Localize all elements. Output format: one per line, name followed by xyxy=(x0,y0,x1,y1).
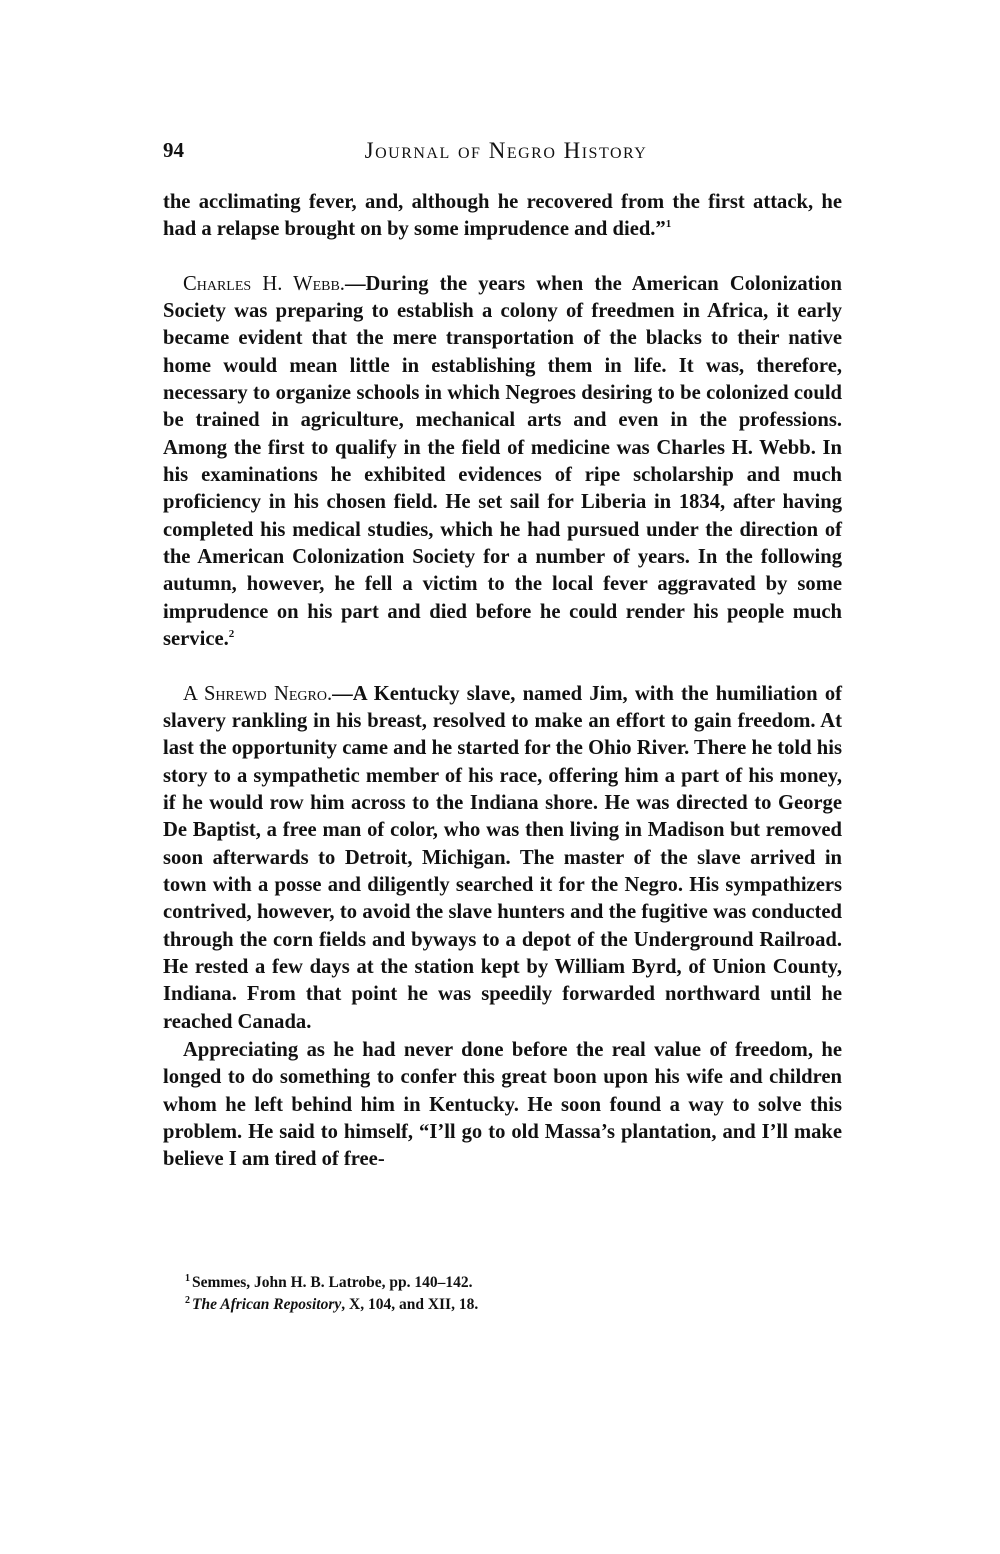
footnote-title: The African Repository xyxy=(192,1296,341,1313)
paragraph-text: —A Kentucky slave, named Jim, with the h… xyxy=(163,683,842,1033)
footnote-2: 2The African Repository, X, 104, and XII… xyxy=(185,1294,825,1316)
section-heading: Charles H. Webb. xyxy=(183,273,345,295)
paragraph: Appreciating as he had never done before… xyxy=(163,1037,842,1174)
footnote-text: Semmes, John H. B. Latrobe, pp. 140–142. xyxy=(192,1274,472,1291)
section-heading: A Shrewd Negro. xyxy=(183,683,332,705)
footnote-text: , X, 104, and XII, 18. xyxy=(341,1296,478,1313)
running-head: 94 Journal of Negro History xyxy=(163,138,843,168)
journal-title: Journal of Negro History xyxy=(163,138,843,164)
footnote-1: 1Semmes, John H. B. Latrobe, pp. 140–142… xyxy=(185,1272,825,1294)
section-charles-webb: Charles H. Webb.—During the years when t… xyxy=(163,271,842,654)
body-text: the acclimating fever, and, although he … xyxy=(163,189,842,1174)
document-page: 94 Journal of Negro History the acclimat… xyxy=(0,0,1000,1554)
footnote-ref-1: 1 xyxy=(666,218,672,230)
footnotes: 1Semmes, John H. B. Latrobe, pp. 140–142… xyxy=(185,1272,825,1316)
footnote-number: 2 xyxy=(185,1295,190,1306)
continued-paragraph: the acclimating fever, and, although he … xyxy=(163,189,842,244)
footnote-ref-2: 2 xyxy=(229,628,235,640)
paragraph-text: Appreciating as he had never done before… xyxy=(163,1039,842,1170)
paragraph-text: the acclimating fever, and, although he … xyxy=(163,191,842,240)
paragraph-text: —During the years when the American Colo… xyxy=(163,273,842,650)
footnote-number: 1 xyxy=(185,1273,190,1284)
section-shrewd-negro: A Shrewd Negro.—A Kentucky slave, named … xyxy=(163,681,842,1036)
